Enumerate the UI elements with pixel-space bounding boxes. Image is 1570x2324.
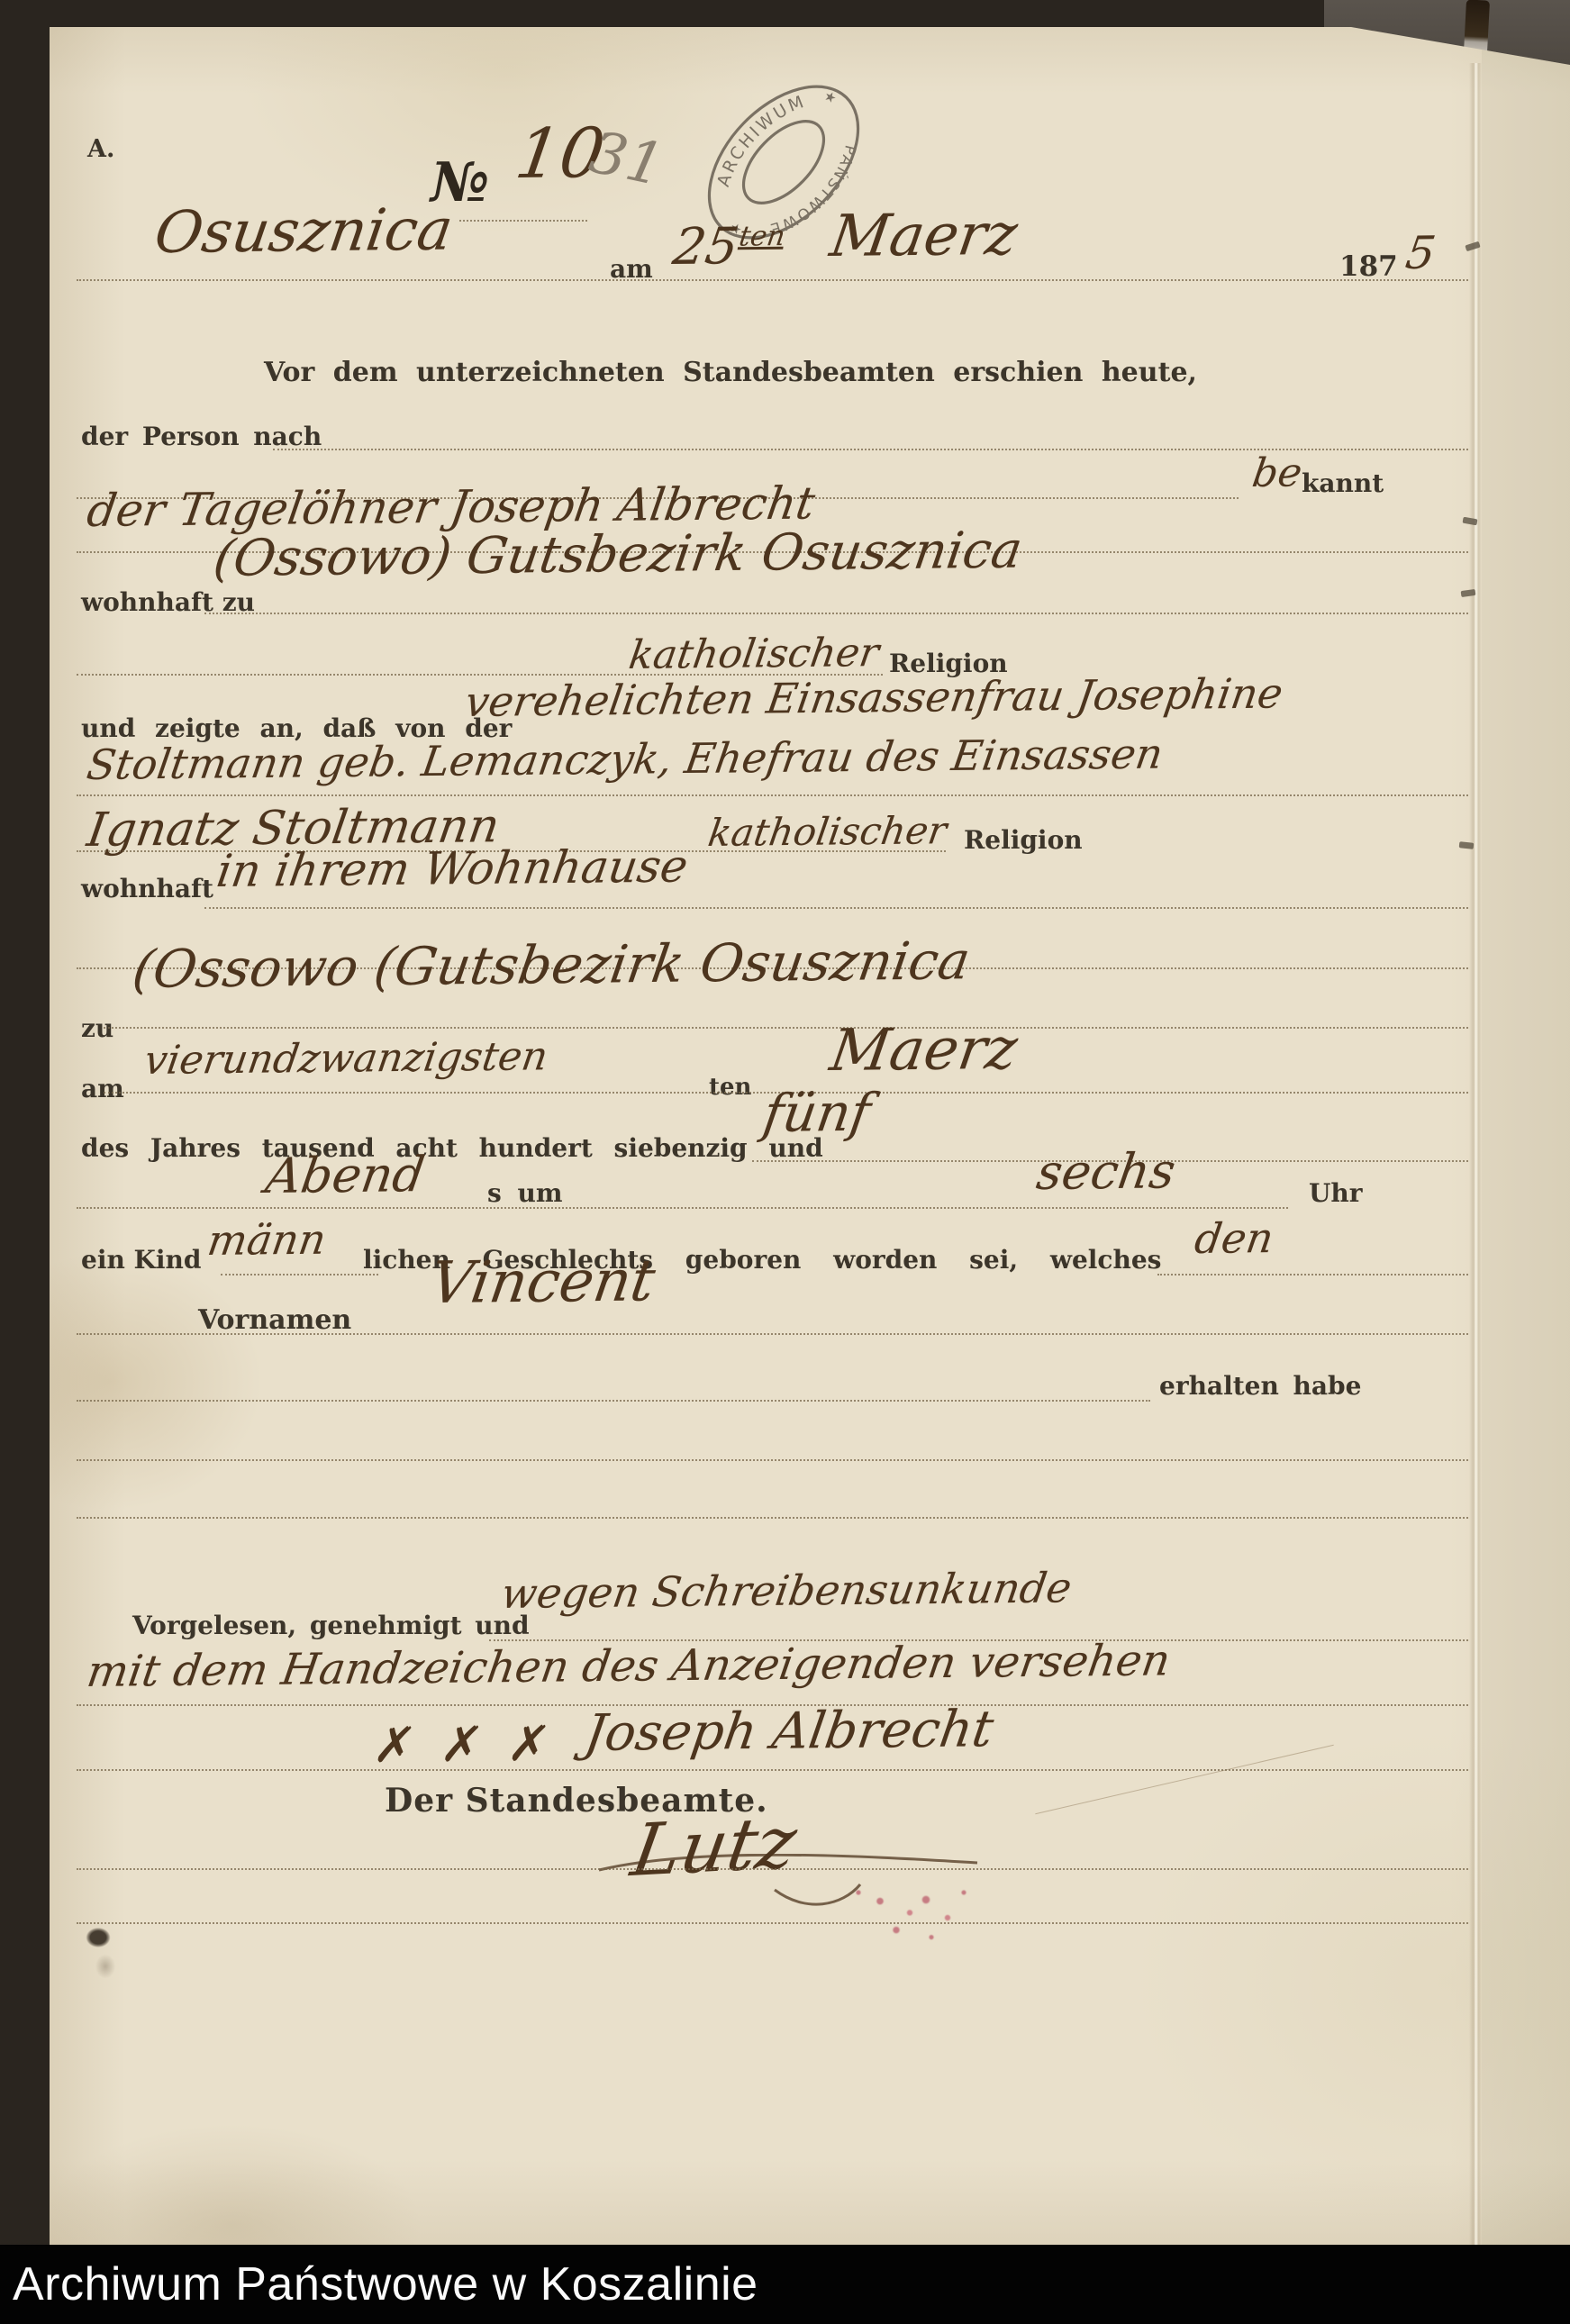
dotted-line [77, 1333, 1468, 1335]
religion1-written: katholischer [626, 630, 882, 678]
declarant-handmarks: ✗ ✗ ✗ [370, 1715, 559, 1774]
daytime-written: Abend [262, 1146, 428, 1204]
gender-written: männ [204, 1215, 329, 1265]
uhr-label: Uhr [1309, 1178, 1363, 1208]
declarant-signature-name: Joseph Albrecht [581, 1700, 997, 1763]
year-written: fünf [759, 1082, 875, 1144]
register-page: A. № 10 31 ARCHIWUM PAŃSTWOWE ★ ★ [50, 27, 1570, 2247]
stamp-text-top: ARCHIWUM [703, 80, 815, 195]
article-written: den [1192, 1213, 1276, 1263]
dateline-year-digit: 5 [1402, 227, 1438, 279]
dotted-line [77, 1769, 1468, 1771]
declarant-residence: (Ossowo) Gutsbezirk Osusznica [210, 522, 1026, 588]
dotted-line [204, 907, 1468, 909]
dateline-year-printed: 187 [1339, 250, 1398, 283]
archive-caption: Archiwum Państwowe w Koszalinie [0, 2245, 1570, 2324]
archival-scan: A. № 10 31 ARCHIWUM PAŃSTWOWE ★ ★ [0, 0, 1570, 2324]
ink-smear [87, 1947, 123, 1985]
dotted-line [1157, 1274, 1468, 1275]
dotted-line [77, 1868, 1468, 1870]
erhalten-label: erhalten habe [1159, 1371, 1361, 1401]
dateline-place: Osusznica [150, 197, 457, 267]
dateline-day: 25ten [669, 217, 788, 277]
dateline-month: Maerz [826, 202, 1021, 270]
stitch-hole [1463, 517, 1478, 526]
bekannt-written-prefix: be [1249, 449, 1305, 496]
birthmonth-written: Maerz [826, 1016, 1021, 1085]
dotted-line [459, 220, 587, 222]
bekannt-printed: kannt [1302, 468, 1384, 498]
red-stamp-remnant [842, 1878, 977, 1950]
birthday-written: vierundzwanzigsten [141, 1033, 551, 1084]
caption-bar: Archiwum Państwowe w Koszalinie [0, 2245, 1570, 2324]
dotted-line [221, 1274, 378, 1275]
page-fold-crease [1469, 63, 1482, 2247]
svg-text:ARCHIWUM: ARCHIWUM [703, 80, 815, 195]
day-number: 25 [669, 217, 742, 277]
child-name-written: Vincent [426, 1248, 659, 1317]
mother-line-2: Stoltmann geb. Lemanczyk, Ehefrau des Ei… [84, 730, 1166, 789]
religion2-label: Religion [964, 825, 1083, 855]
s-um-label: s um [487, 1178, 563, 1208]
dotted-line [77, 1459, 1468, 1461]
intro-sentence: Vor dem unterzeichneten Standesbeamten e… [264, 357, 1197, 388]
person-nach-label: der Person nach [81, 422, 322, 451]
closing-written-2: mit dem Handzeichen des Anzeigenden vers… [84, 1635, 1174, 1697]
yearline-label: des Jahres tausend acht hundert siebenzi… [81, 1133, 823, 1163]
dotted-line [77, 1400, 1150, 1402]
dotted-line [204, 613, 1468, 614]
religion2-written: katholischer [705, 808, 949, 855]
dotted-line [77, 279, 1468, 281]
am-label: am [81, 1074, 124, 1103]
residence2-written: in ihrem Wohnhause [213, 840, 691, 897]
dotted-line [104, 1027, 1468, 1029]
closing-label: Vorgelesen, genehmigt und [132, 1611, 530, 1640]
day-suffix: ten [737, 220, 787, 253]
dotted-line [77, 1517, 1468, 1519]
hour-written: sechs [1033, 1142, 1179, 1201]
wohnhaft-label: wohnhaft [81, 874, 213, 903]
child-label-1: ein Kind [81, 1245, 201, 1275]
next-page-sliver [1482, 27, 1570, 2247]
dotted-line [77, 1922, 1468, 1924]
dotted-line [77, 794, 1468, 796]
vornamen-label: Vornamen [198, 1304, 351, 1336]
closing-written-1: wegen Schreibensunkunde [498, 1563, 1075, 1618]
dotted-line [77, 1207, 1288, 1209]
section-letter: A. [87, 135, 114, 163]
mother-line-1: verehelichten Einsassenfrau Josephine [462, 669, 1286, 726]
ten-label: ten [709, 1074, 751, 1101]
birthplace-written: (Ossowo (Gutsbezirk Osusznica [129, 930, 974, 1000]
paper-crease [1035, 1745, 1334, 1814]
stitch-hole [1459, 841, 1475, 849]
